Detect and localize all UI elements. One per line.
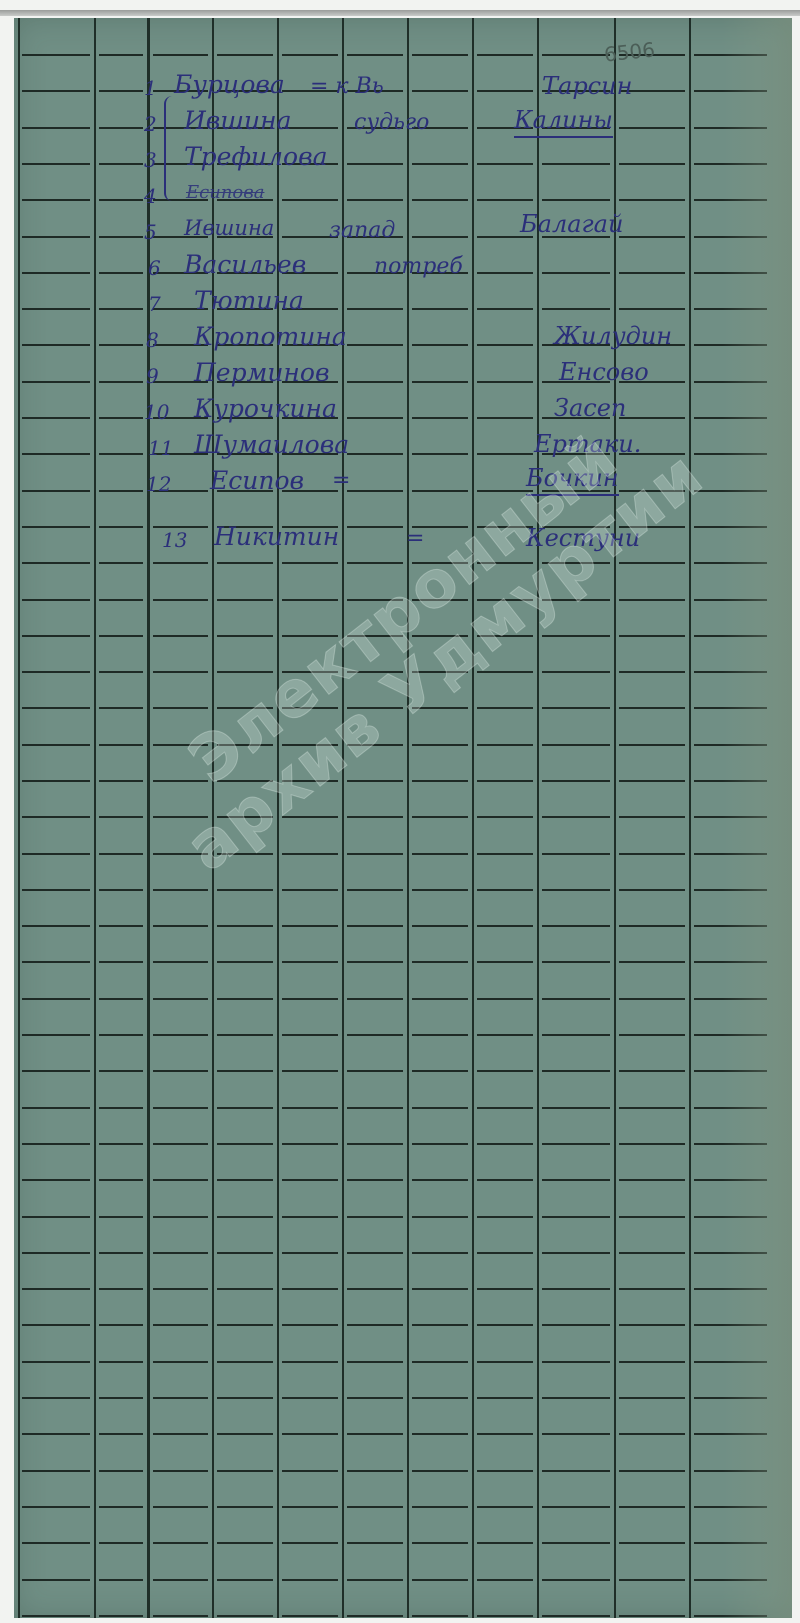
entry-name-struck: Есипова — [186, 182, 264, 203]
entry-place: Калины — [514, 106, 613, 138]
entry-place: Балагай — [520, 210, 623, 238]
entry-number: 3 — [144, 148, 157, 172]
ledger-sheet: 6506 1 Бурцова = к Вь Тарсин 2 Ившина су… — [14, 18, 792, 1618]
entry-name: Кропотина — [194, 322, 347, 351]
entry-name: Тютина — [194, 286, 304, 315]
entry-name: Ившина — [184, 106, 292, 135]
entry-name: Есипов — [210, 466, 304, 495]
entry-name: Курочкина — [194, 394, 337, 423]
entry-number: 5 — [144, 220, 157, 244]
entry-number: 12 — [146, 472, 171, 496]
entries-list: 1 Бурцова = к Вь Тарсин 2 Ившина судьго … — [14, 18, 792, 1618]
entry-place: Жилудин — [554, 322, 672, 350]
entry-name: Васильев — [184, 250, 306, 279]
entry-name: Шумаилова — [194, 430, 349, 459]
entry-name: Ившина — [184, 216, 274, 240]
entry-name: Никитин — [214, 522, 339, 551]
entry-place: Тарсин — [542, 72, 632, 100]
entry-number: 10 — [144, 400, 169, 424]
entry-name: Перминов — [194, 358, 330, 387]
entry-number: 11 — [148, 436, 173, 460]
entry-number: 8 — [146, 328, 159, 352]
entry-number: 2 — [144, 112, 157, 136]
entry-number: 13 — [162, 528, 187, 552]
entry-number: 9 — [146, 364, 159, 388]
entry-number: 6 — [148, 256, 161, 280]
entry-place: Енсово — [559, 358, 649, 386]
entry-note: запад — [329, 218, 395, 243]
entry-note: = к Вь — [310, 74, 384, 99]
entry-name: Трефилова — [184, 142, 328, 171]
scan-top-edge — [0, 10, 800, 16]
entry-number: 1 — [144, 76, 157, 100]
entry-note: потреб — [374, 254, 463, 279]
entry-name: Бурцова — [174, 70, 285, 99]
entry-number: 4 — [144, 184, 157, 208]
entry-note: судьго — [354, 110, 429, 135]
entry-note: = — [332, 468, 350, 493]
entry-number: 7 — [148, 292, 161, 316]
